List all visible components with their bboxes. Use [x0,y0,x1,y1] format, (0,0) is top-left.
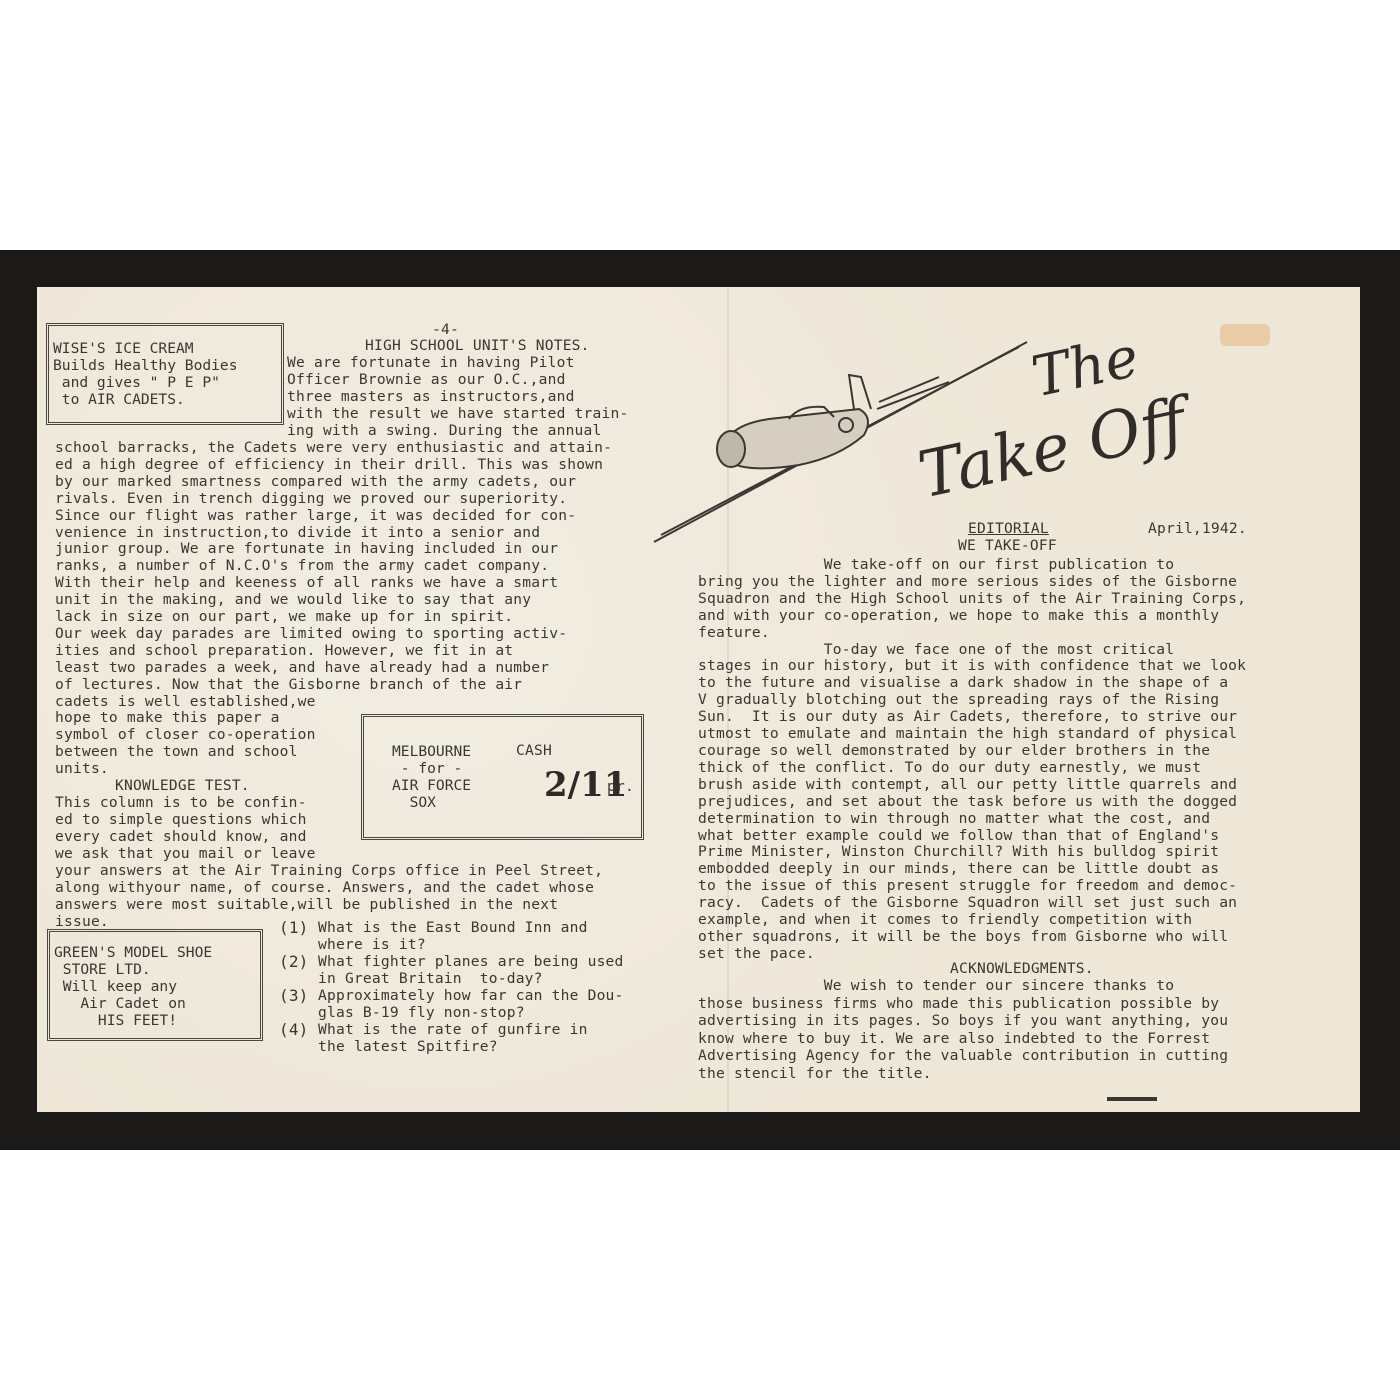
high-school-body: school barracks, the Cadets were very en… [55,440,612,711]
text-line: to the future and visualise a dark shado… [698,675,1246,692]
text-line: ranks, a number of N.C.O's from the army… [55,558,612,575]
text-line: symbol of closer co-operation [55,727,316,744]
question-text: What is the rate of gunfire inthe latest… [318,1022,588,1056]
text-line: embodded deeply in our minds, there can … [698,861,1246,878]
ad-text-line: AIR FORCE [392,777,471,794]
text-line: Since our flight was rather large, it wa… [55,508,612,525]
text-line: ities and school preparation. However, w… [55,643,612,660]
ad-text-line: Will keep any [54,978,177,995]
acknowledgments-body: We wish to tender our sincere thanks tot… [698,977,1228,1082]
text-line: lack in size on our part, we make up for… [55,609,612,626]
high-school-closing: hope to make this paper asymbol of close… [55,710,316,778]
knowledge-test-heading: KNOWLEDGE TEST. [115,778,250,795]
text-line: Advertising Agency for the valuable cont… [698,1047,1228,1065]
question-number: (3) [279,988,309,1005]
text-line: Our week day parades are limited owing t… [55,626,612,643]
text-line: advertising in its pages. So boys if you… [698,1012,1228,1030]
text-line: your answers at the Air Training Corps o… [55,863,603,880]
editorial-heading: EDITORIAL [968,521,1049,538]
text-line: determination to win through no matter w… [698,811,1246,828]
ad-text-line: WISE'S ICE CREAM [53,340,194,357]
text-line: Officer Brownie as our O.C.,and [287,372,628,389]
ad-text-line: Air Cadet on [54,995,186,1012]
text-line: least two parades a week, and have alrea… [55,660,612,677]
text-line: and with your co-operation, we hope to m… [698,608,1246,625]
ad-text-line: GREEN'S MODEL SHOE [54,944,212,961]
text-line: know where to buy it. We are also indebt… [698,1030,1228,1048]
knowledge-test-intro: This column is to be confin-ed to simple… [55,795,316,863]
text-line: utmost to emulate and maintain the high … [698,726,1246,743]
ad-melbourne-sox: MELBOURNE - for -AIR FORCE SOX CASH 2/11… [361,714,644,840]
text-line: With their help and keeness of all ranks… [55,575,612,592]
end-mark [1107,1097,1157,1101]
text-line: We take-off on our first publication to [698,557,1246,574]
text-line: other squadrons, it will be the boys fro… [698,929,1246,946]
text-line: brush aside with contempt, all our petty… [698,777,1246,794]
question-number: (2) [279,954,309,971]
ad-text-line: SOX [392,794,436,811]
text-line: rivals. Even in trench digging we proved… [55,491,612,508]
text-line: with the result we have started train- [287,406,628,423]
acknowledgments-heading: ACKNOWLEDGMENTS. [950,961,1094,978]
text-line: units. [55,761,316,778]
ad-text-line: STORE LTD. [54,961,151,978]
text-line: by our marked smartness compared with th… [55,474,612,491]
text-line: racy. Cadets of the Gisborne Squadron wi… [698,895,1246,912]
text-line: example, and when it comes to friendly c… [698,912,1246,929]
paper-stain [1220,324,1270,346]
text-line: courage so well demonstrated by our elde… [698,743,1246,760]
text-line: we ask that you mail or leave [55,846,316,863]
ad-cash-label: CASH [516,743,552,760]
text-line: Sun. It is our duty as Air Cadets, there… [698,709,1246,726]
ad-text-line: MELBOURNE [392,743,471,760]
editorial-date: April,1942. [1148,521,1247,538]
text-line: We are fortunate in having Pilot [287,355,628,372]
text-line: cadets is well established,we [55,694,612,711]
text-line: answers were most suitable,will be publi… [55,897,603,914]
newsletter-page: WISE'S ICE CREAMBuilds Healthy Bodies an… [37,287,1360,1112]
text-line: along withyour name, of course. Answers,… [55,880,603,897]
text-line: This column is to be confin- [55,795,316,812]
ad-wises-ice-cream: WISE'S ICE CREAMBuilds Healthy Bodies an… [46,323,284,425]
question-number: (4) [279,1022,309,1039]
text-line: between the town and school [55,744,316,761]
text-line: hope to make this paper a [55,710,316,727]
question-text: What is the East Bound Inn andwhere is i… [318,920,588,954]
ad-text-line: Builds Healthy Bodies [53,357,238,374]
text-line: thick of the conflict. To do our duty ea… [698,760,1246,777]
text-line: We wish to tender our sincere thanks to [698,977,1228,995]
text-line: those business firms who made this publi… [698,995,1228,1013]
high-school-intro: We are fortunate in having PilotOfficer … [287,355,628,440]
text-line: bring you the lighter and more serious s… [698,574,1246,591]
editorial-body: We take-off on our first publication tob… [698,557,1246,963]
text-line: the stencil for the title. [698,1065,1228,1083]
text-line: prejudices, and set about the task befor… [698,794,1246,811]
high-school-heading: HIGH SCHOOL UNIT'S NOTES. [365,338,590,355]
ad-text-line: and gives " P E P" [53,374,220,391]
text-line: stages in our history, but it is with co… [698,658,1246,675]
text-line: Squadron and the High School units of th… [698,591,1246,608]
text-line: ed a high degree of efficiency in their … [55,457,612,474]
text-line: school barracks, the Cadets were very en… [55,440,612,457]
text-line: venience in instruction,to divide it int… [55,525,612,542]
text-line: every cadet should know, and [55,829,316,846]
ad-text-line: HIS FEET! [54,1012,177,1029]
ad-text-line: - for - [392,760,462,777]
question-text: Approximately how far can the Dou-glas B… [318,988,624,1022]
text-line: ing with a swing. During the annual [287,423,628,440]
text-line: feature. [698,625,1246,642]
ad-greens-shoe-store: GREEN'S MODEL SHOE STORE LTD. Will keep … [47,929,263,1041]
text-line: V gradually blotching out the spreading … [698,692,1246,709]
question-number: (1) [279,920,309,937]
text-line: three masters as instructors,and [287,389,628,406]
text-line: of lectures. Now that the Gisborne branc… [55,677,612,694]
question-text: What fighter planes are being usedin Gre… [318,954,624,988]
text-line: Prime Minister, Winston Churchill? With … [698,844,1246,861]
text-line: junior group. We are fortunate in having… [55,541,612,558]
text-line: To-day we face one of the most critical [698,642,1246,659]
editorial-subheading: WE TAKE-OFF [958,538,1057,555]
text-line: ed to simple questions which [55,812,316,829]
text-line: unit in the making, and we would like to… [55,592,612,609]
ad-price-unit: pr. [607,779,634,796]
text-line: to the issue of this present struggle fo… [698,878,1246,895]
text-line: what better example could we follow than… [698,828,1246,845]
ad-text-line: to AIR CADETS. [53,391,185,408]
